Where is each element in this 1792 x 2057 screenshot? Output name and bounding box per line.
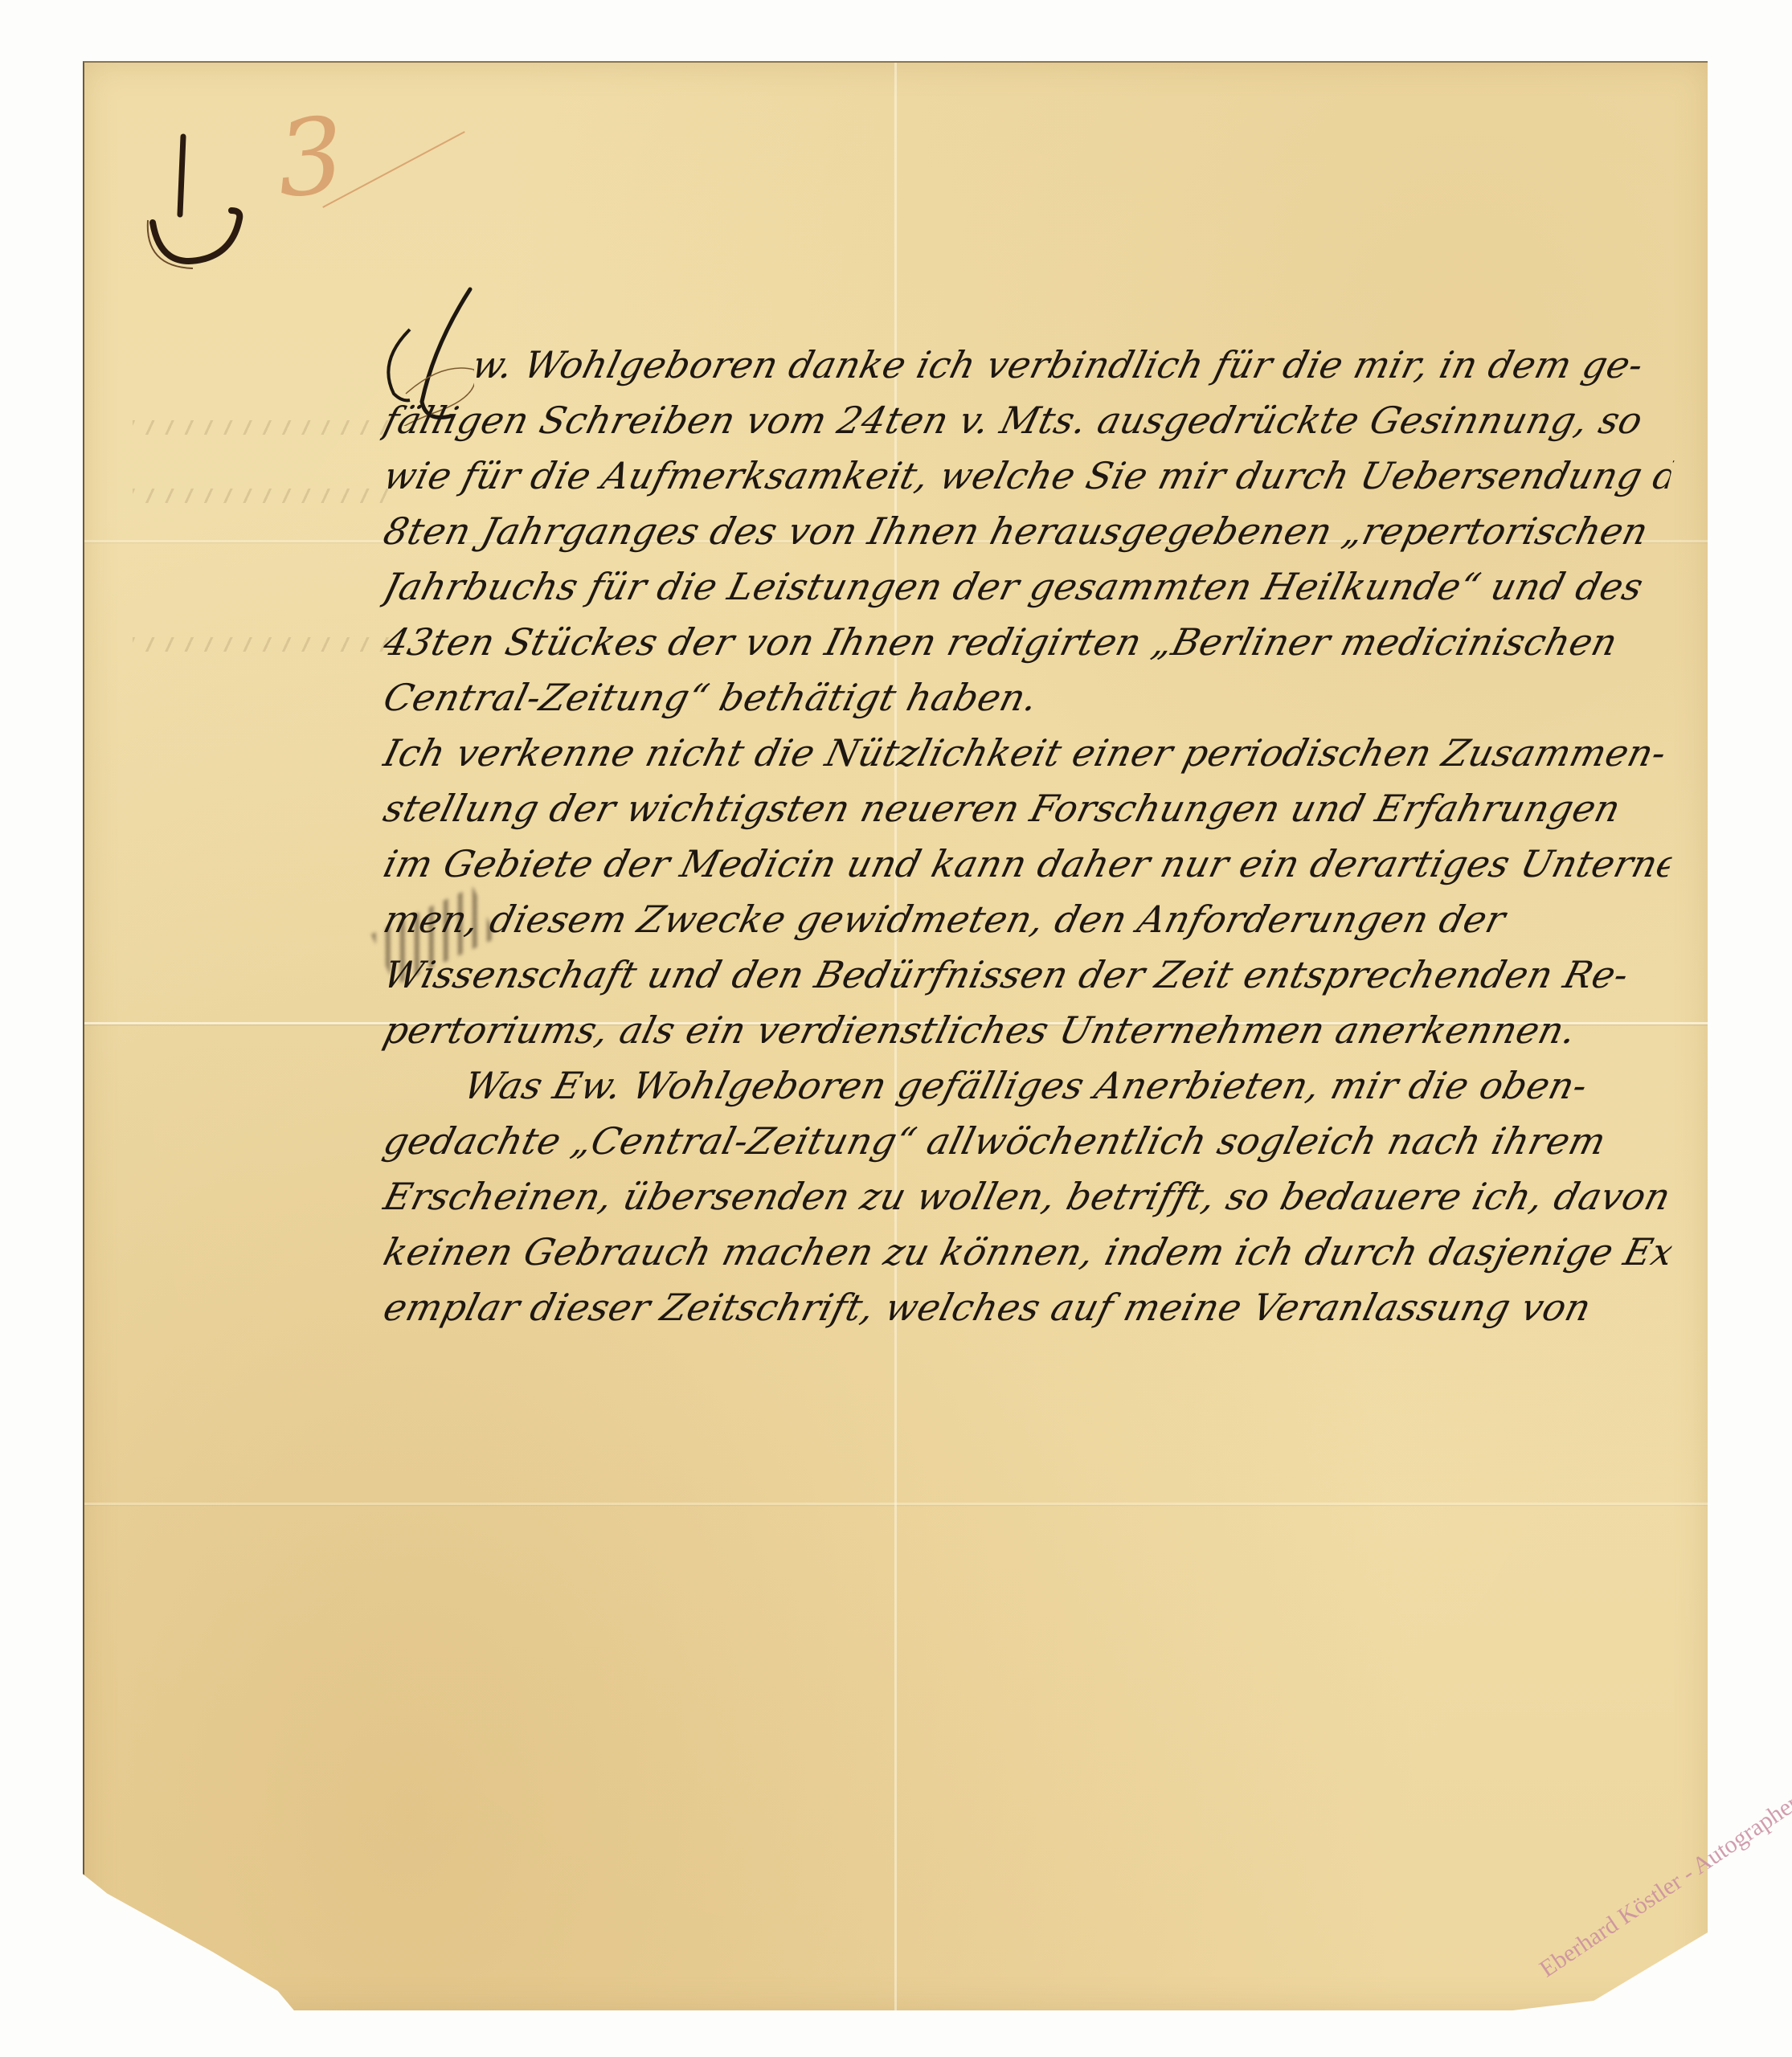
letter-line: gedachte „Central-Zeitung“ allwöchentlic… bbox=[378, 1114, 1677, 1169]
letter-line: 43ten Stückes der von Ihnen redigirten „… bbox=[378, 615, 1677, 670]
letter-line: 8ten Jahrganges des von Ihnen herausgege… bbox=[378, 504, 1677, 559]
letter-line: w. Wohlgeboren danke ich verbindlich für… bbox=[466, 337, 1677, 393]
letter-body: w. Wohlgeboren danke ich verbindlich für… bbox=[466, 337, 1663, 1335]
letter-line: Erscheinen, übersenden zu wollen, betrif… bbox=[378, 1169, 1677, 1225]
letter-line: Ich verkenne nicht die Nützlichkeit eine… bbox=[378, 726, 1677, 781]
letter-line: pertoriums, als ein verdienstliches Unte… bbox=[378, 1003, 1677, 1058]
letter-line: Wissenschaft und den Bedürfnissen der Ze… bbox=[378, 947, 1677, 1003]
letter-line: emplar dieser Zeitschrift, welches auf m… bbox=[378, 1280, 1677, 1335]
bleed-through-text bbox=[133, 489, 398, 503]
letter-line: Was Ew. Wohlgeboren gefälliges Anerbiete… bbox=[458, 1058, 1677, 1114]
letter-line: im Gebiete der Medicin und kann daher nu… bbox=[378, 836, 1677, 892]
letter-line: men, diesem Zwecke gewidmeten, den Anfor… bbox=[378, 892, 1677, 947]
letter-line: stellung der wichtigsten neueren Forschu… bbox=[378, 781, 1677, 836]
bleed-through-text bbox=[133, 637, 398, 652]
pencil-page-number: 3 bbox=[272, 94, 350, 222]
letter-line: wie für die Aufmerksamkeit, welche Sie m… bbox=[378, 448, 1677, 504]
letter-line: fälligen Schreiben vom 24ten v. Mts. aus… bbox=[378, 393, 1677, 448]
letter-line: Central-Zeitung“ bethätigt haben. bbox=[378, 670, 1677, 726]
ink-folio-mark-icon bbox=[145, 130, 249, 275]
bleed-through-text bbox=[133, 420, 398, 435]
letter-line: Jahrbuchs für die Leistungen der gesammt… bbox=[378, 559, 1677, 615]
letter-line: keinen Gebrauch machen zu können, indem … bbox=[378, 1225, 1677, 1280]
